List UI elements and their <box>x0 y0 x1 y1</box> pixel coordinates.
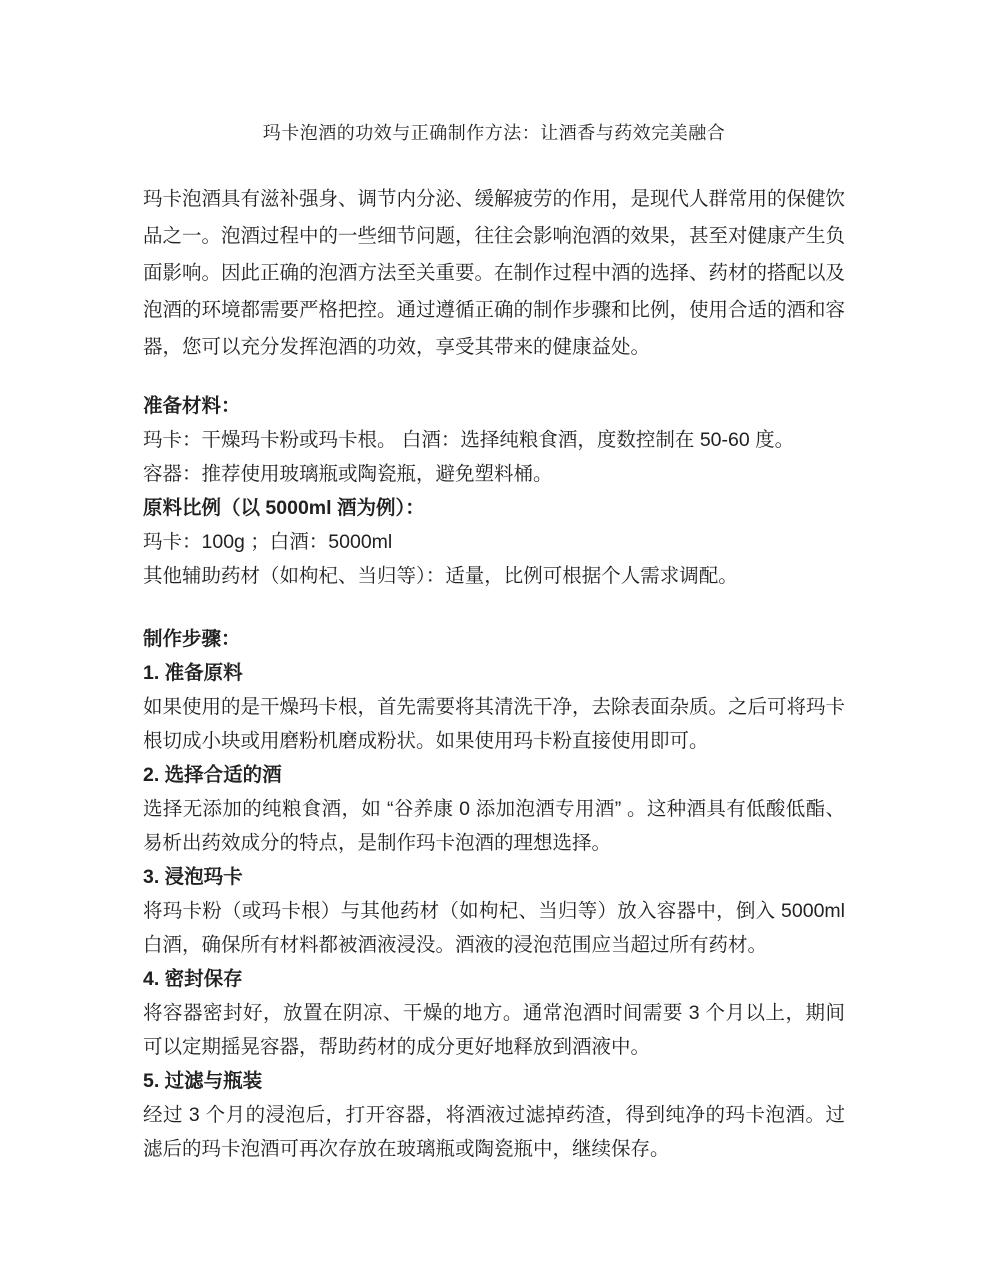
materials-section: 准备材料： 玛卡：干燥玛卡粉或玛卡根。 白酒：选择纯粮食酒，度数控制在 50-6… <box>143 389 845 593</box>
materials-heading: 准备材料： <box>143 389 845 423</box>
document-title: 玛卡泡酒的功效与正确制作方法：让酒香与药效完美融合 <box>143 0 845 147</box>
ratio-heading: 原料比例（以 5000ml 酒为例）： <box>143 491 845 525</box>
steps-heading: 制作步骤： <box>143 622 845 656</box>
step-body-1: 如果使用的是干燥玛卡根，首先需要将其清洗干净，去除表面杂质。之后可将玛卡根切成小… <box>143 690 845 758</box>
step-body-4: 将容器密封好，放置在阴凉、干燥的地方。通常泡酒时间需要 3 个月以上，期间可以定… <box>143 996 845 1064</box>
materials-line-maca-baijiu: 玛卡：干燥玛卡粉或玛卡根。 白酒：选择纯粮食酒，度数控制在 50-60 度。 <box>143 423 845 457</box>
step-body-3: 将玛卡粉（或玛卡根）与其他药材（如枸杞、当归等）放入容器中，倒入 5000ml … <box>143 894 845 962</box>
step-title-3: 3. 浸泡玛卡 <box>143 860 845 894</box>
step-body-2: 选择无添加的纯粮食酒，如 “谷养康 0 添加泡酒专用酒” 。这种酒具有低酸低酯、… <box>143 792 845 860</box>
materials-line-container: 容器：推荐使用玻璃瓶或陶瓷瓶，避免塑料桶。 <box>143 457 845 491</box>
intro-paragraph: 玛卡泡酒具有滋补强身、调节内分泌、缓解疲劳的作用，是现代人群常用的保健饮品之一。… <box>143 181 845 366</box>
document-content: 玛卡泡酒的功效与正确制作方法：让酒香与药效完美融合 玛卡泡酒具有滋补强身、调节内… <box>143 0 845 1166</box>
document-page: 玛卡泡酒的功效与正确制作方法：让酒香与药效完美融合 玛卡泡酒具有滋补强身、调节内… <box>0 0 989 1280</box>
step-title-2: 2. 选择合适的酒 <box>143 758 845 792</box>
step-body-5: 经过 3 个月的浸泡后，打开容器，将酒液过滤掉药渣，得到纯净的玛卡泡酒。过滤后的… <box>143 1098 845 1166</box>
ratio-line-amounts: 玛卡：100g ；白酒：5000ml <box>143 525 845 559</box>
step-title-1: 1. 准备原料 <box>143 656 845 690</box>
step-title-5: 5. 过滤与瓶装 <box>143 1064 845 1098</box>
ratio-line-other-herbs: 其他辅助药材（如枸杞、当归等）：适量，比例可根据个人需求调配。 <box>143 559 845 593</box>
step-title-4: 4. 密封保存 <box>143 962 845 996</box>
steps-section: 制作步骤： 1. 准备原料 如果使用的是干燥玛卡根，首先需要将其清洗干净，去除表… <box>143 622 845 1166</box>
